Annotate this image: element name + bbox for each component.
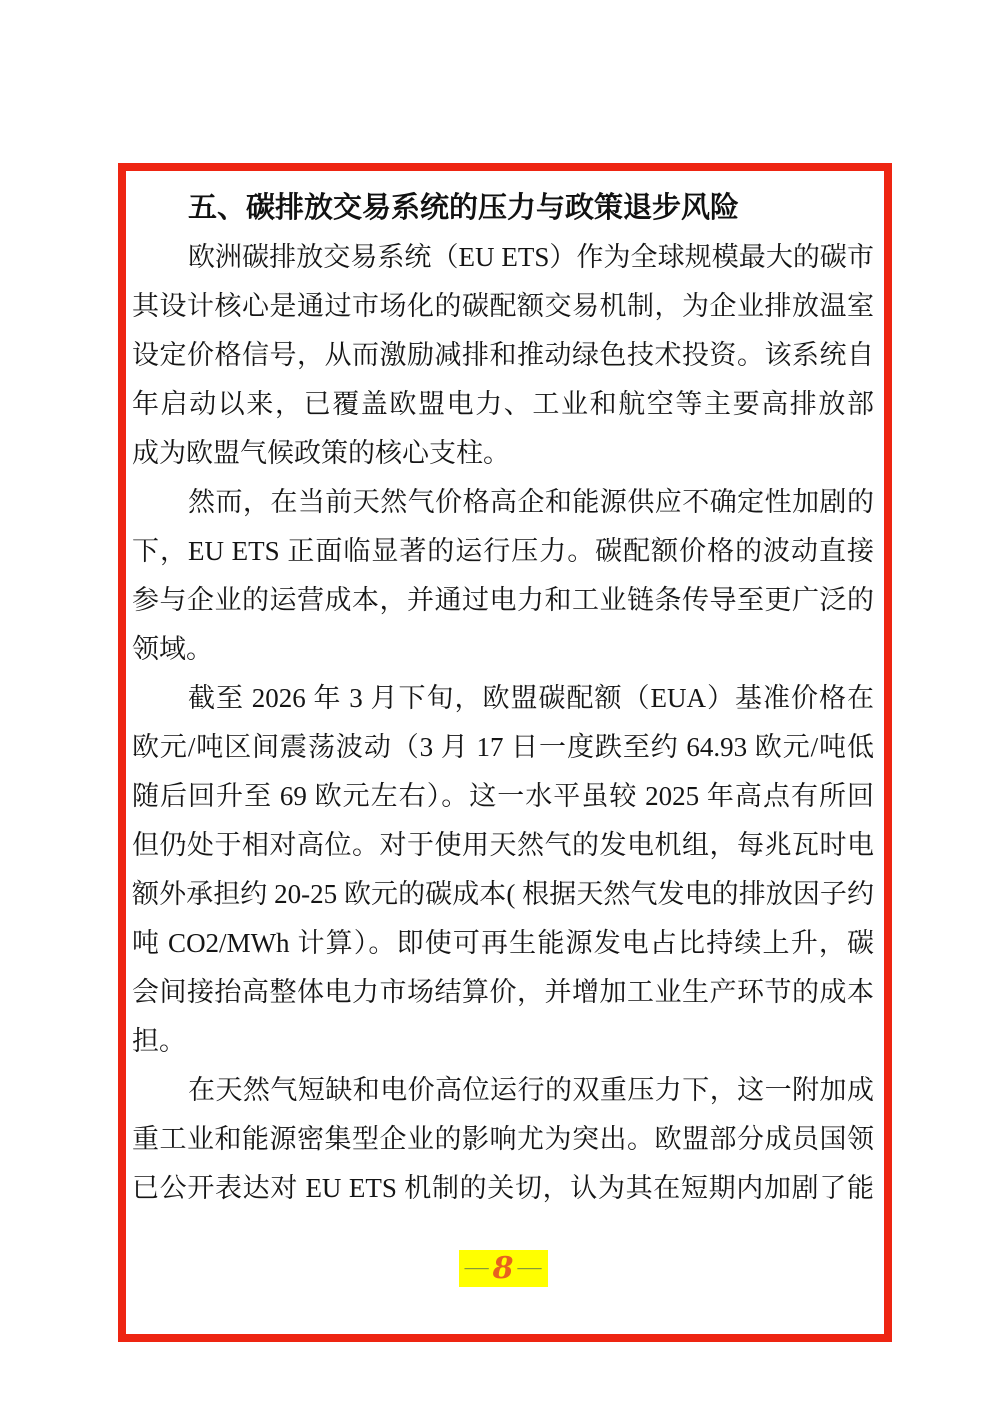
text-line: 欧洲碳排放交易系统（EU ETS）作为全球规模最大的碳市场， — [132, 233, 874, 282]
text-line: 设定价格信号，从而激励减排和推动绿色技术投资。该系统自 2005 — [132, 331, 874, 380]
text-line: 其设计核心是通过市场化的碳配额交易机制，为企业排放温室气体 — [132, 282, 874, 331]
page-number-highlight: — 8 — — [459, 1250, 548, 1287]
document-body: 五、碳排放交易系统的压力与政策退步风险 欧洲碳排放交易系统（EU ETS）作为全… — [132, 184, 874, 1213]
text-line: 参与企业的运营成本，并通过电力和工业链条传导至更广泛的经济 — [132, 576, 874, 625]
text-line: 成为欧盟气候政策的核心支柱。 — [132, 429, 874, 478]
page-number: 8 — [493, 1250, 514, 1287]
text-line: 然而，在当前天然气价格高企和能源供应不确定性加剧的背景 — [132, 478, 874, 527]
text-line: 会间接抬高整体电力市场结算价，并增加工业生产环节的成本负 — [132, 968, 874, 1017]
text-line: 随后回升至 69 欧元左右）。这一水平虽较 2025 年高点有所回落， — [132, 772, 874, 821]
text-line: 年启动以来，已覆盖欧盟电力、工业和航空等主要高排放部门，并 — [132, 380, 874, 429]
text-line: 担。 — [132, 1017, 874, 1066]
text-line: 重工业和能源密集型企业的影响尤为突出。欧盟部分成员国领导人 — [132, 1115, 874, 1164]
page-footer: — 8 — — [132, 1250, 874, 1287]
text-line: 已公开表达对 EU ETS 机制的关切，认为其在短期内加剧了能源危 — [132, 1164, 874, 1213]
document-page: 五、碳排放交易系统的压力与政策退步风险 欧洲碳排放交易系统（EU ETS）作为全… — [0, 0, 1000, 1414]
text-line: 下，EU ETS 正面临显著的运行压力。碳配额价格的波动直接影响 — [132, 527, 874, 576]
text-line: 但仍处于相对高位。对于使用天然气的发电机组，每兆瓦时电价需 — [132, 821, 874, 870]
text-line: 欧元/吨区间震荡波动（3 月 17 日一度跌至约 64.93 欧元/吨低点， — [132, 723, 874, 772]
page-number-dash-right: — — [517, 1257, 541, 1279]
text-line: 额外承担约 20-25 欧元的碳成本( 根据天然气发电的排放因子约 0.4 — [132, 870, 874, 919]
text-line: 领域。 — [132, 625, 874, 674]
text-line: 吨 CO2/MWh 计算）。即使可再生能源发电占比持续上升，碳价仍 — [132, 919, 874, 968]
page-number-dash-left: — — [465, 1257, 489, 1279]
section-heading: 五、碳排放交易系统的压力与政策退步风险 — [132, 184, 874, 233]
text-line: 截至 2026 年 3 月下旬，欧盟碳配额（EUA）基准价格在 66-70 — [132, 674, 874, 723]
text-line: 在天然气短缺和电价高位运行的双重压力下，这一附加成本对 — [132, 1066, 874, 1115]
